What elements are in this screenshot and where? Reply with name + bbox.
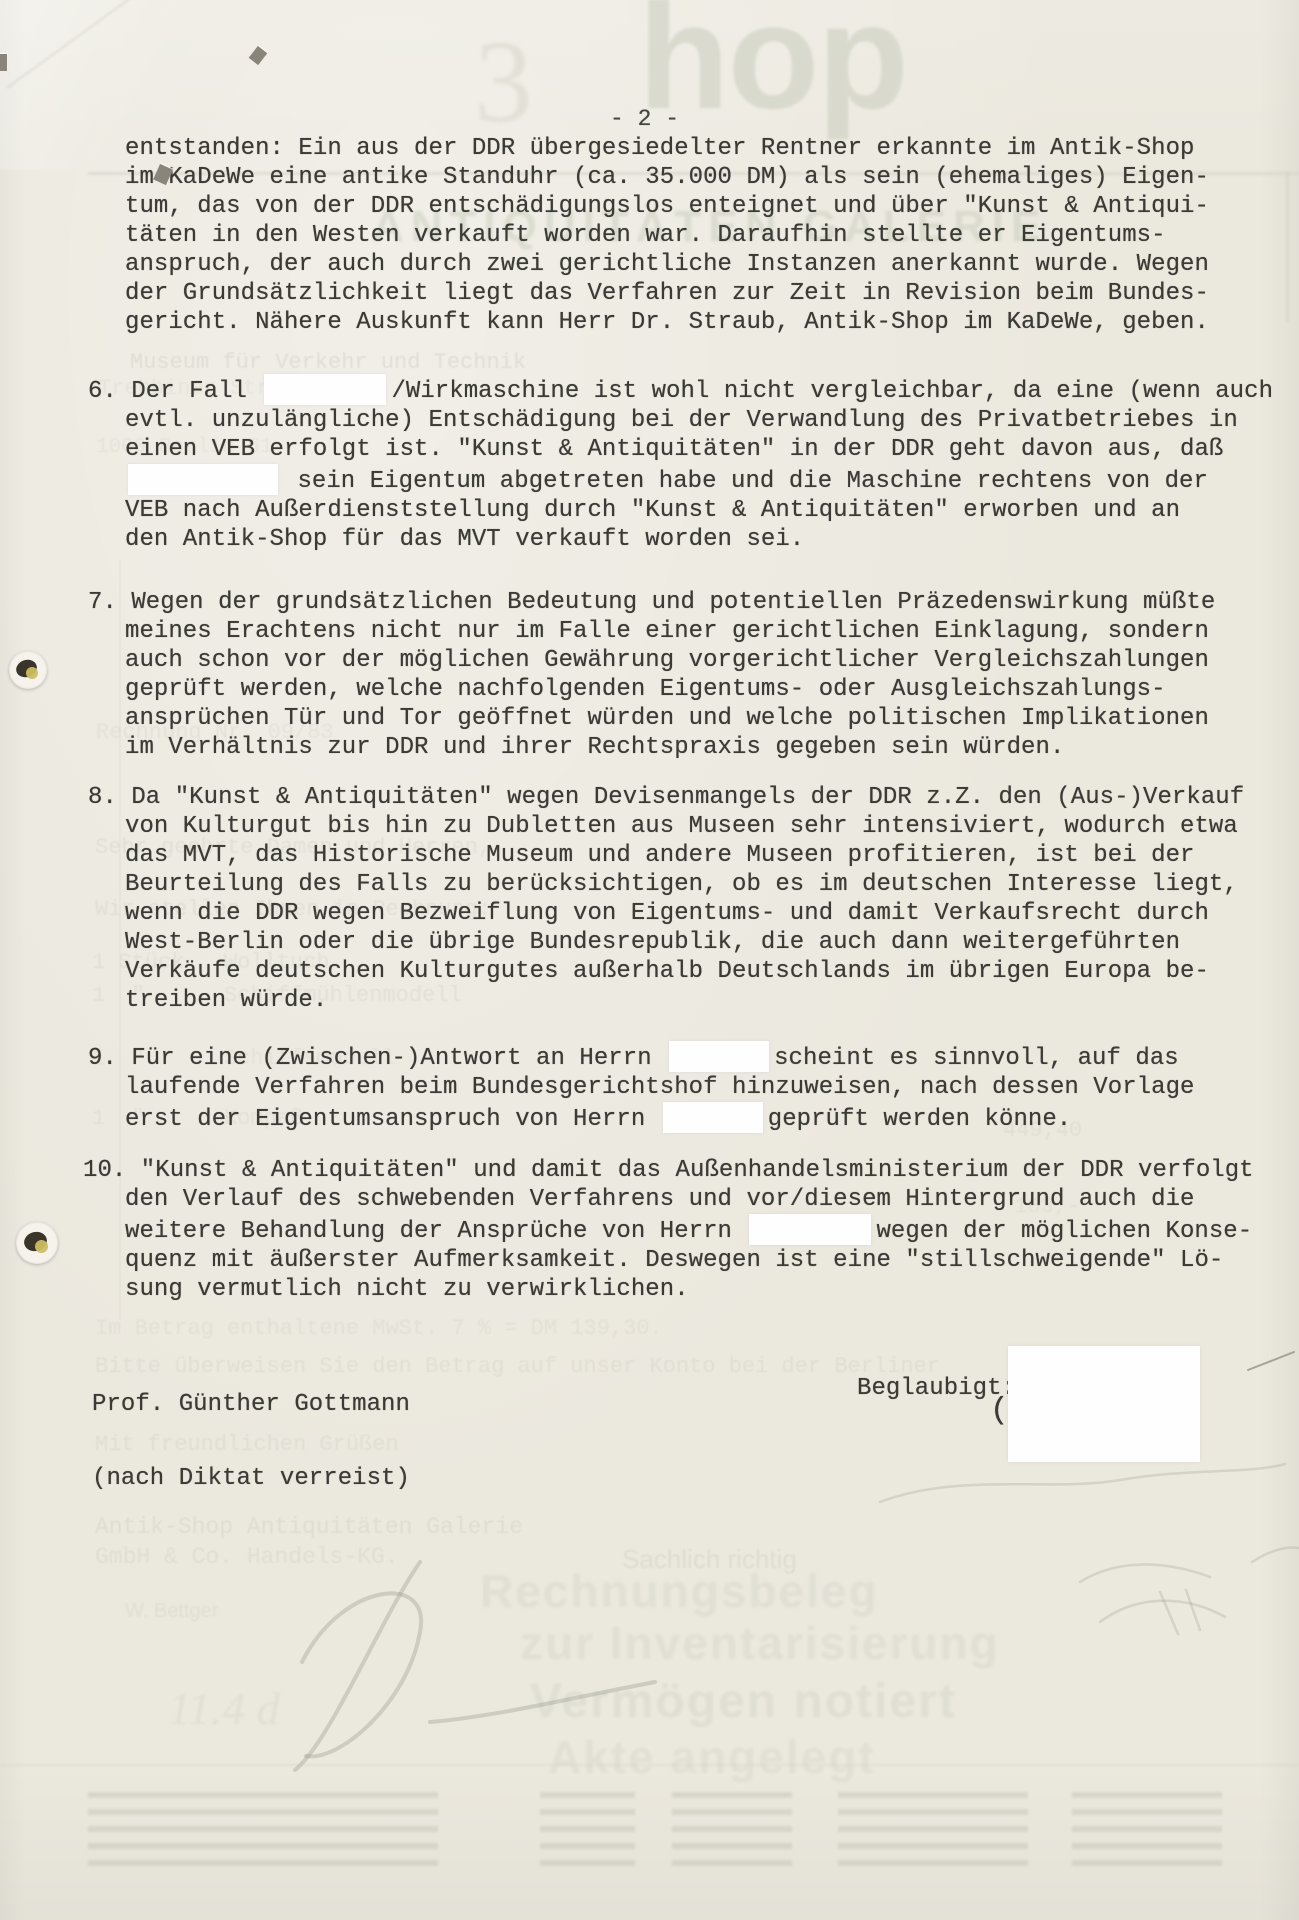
list-item-10: 10. "Kunst & Antiquitäten" und damit das… bbox=[83, 1156, 1254, 1304]
typed-text: 6. Der Fall bbox=[88, 378, 261, 405]
typed-text: täten in den Westen verkauft worden war.… bbox=[125, 222, 1166, 249]
typed-text: anspruch, der auch durch zwei gerichtlic… bbox=[125, 251, 1209, 278]
typed-text: den Antik-Shop für das MVT verkauft word… bbox=[125, 526, 804, 553]
ghost-stamp: Vermögen notiert bbox=[530, 1674, 957, 1729]
page-number: - 2 - bbox=[610, 106, 679, 132]
ghost-numeral-3: 3 bbox=[474, 14, 533, 150]
list-item-7: 7. Wegen der grundsätzlichen Bedeutung u… bbox=[88, 588, 1215, 762]
ghost-line: Bitte überweisen Sie den Betrag auf unse… bbox=[95, 1354, 940, 1379]
redaction-box bbox=[749, 1214, 871, 1245]
typed-text: im KaDeWe eine antike Standuhr (ca. 35.0… bbox=[125, 164, 1209, 191]
redaction-box bbox=[669, 1041, 769, 1072]
typed-text: West-Berlin oder die übrige Bundesrepubl… bbox=[125, 929, 1180, 956]
typed-text: ansprüchen Tür und Tor geöffnet würden u… bbox=[125, 705, 1209, 732]
ghost-footer-column bbox=[672, 1792, 792, 1874]
typed-text: einen VEB erfolgt ist. "Kunst & Antiquit… bbox=[125, 436, 1223, 463]
typed-text: entstanden: Ein aus der DDR übergesiedel… bbox=[125, 135, 1194, 162]
typed-text: evtl. unzulängliche) Entschädigung bei d… bbox=[125, 407, 1238, 434]
typed-text: wenn die DDR wegen Bezweiflung von Eigen… bbox=[125, 900, 1209, 927]
hole-punch bbox=[16, 1222, 58, 1264]
typed-text: laufende Verfahren beim Bundesgerichtsho… bbox=[125, 1074, 1194, 1101]
ghost-footer-column bbox=[88, 1792, 438, 1874]
ghost-line: Antik-Shop Antiquitäten Galerie bbox=[95, 1514, 523, 1540]
typed-text: 9. Für eine (Zwischen-)Antwort an Herrn bbox=[88, 1045, 666, 1072]
typed-text: quenz mit äußerster Aufmerksamkeit. Desw… bbox=[125, 1247, 1223, 1274]
typed-text: das MVT, das Historische Museum und ande… bbox=[125, 842, 1194, 869]
ghost-stamp: Rechnungsbeleg bbox=[480, 1564, 879, 1618]
typed-text: geprüft werden, welche nachfolgenden Eig… bbox=[125, 676, 1166, 703]
typed-text: sein Eigentum abgetreten habe und die Ma… bbox=[283, 468, 1208, 495]
ghost-footer-column bbox=[540, 1792, 635, 1874]
list-item-8: 8. Da "Kunst & Antiquitäten" wegen Devis… bbox=[88, 783, 1244, 1015]
ghost-line: GmbH & Co. Handels-KG. bbox=[95, 1544, 399, 1570]
typed-text: VEB nach Außerdienststellung durch "Kuns… bbox=[125, 497, 1180, 524]
redaction-box-signature bbox=[1008, 1346, 1200, 1462]
typed-text: tum, das von der DDR entschädigungslos e… bbox=[125, 193, 1209, 220]
ghost-footer-column bbox=[838, 1792, 1028, 1874]
ghost-rule-right bbox=[1286, 172, 1289, 322]
typed-text: sung vermutlich nicht zu verwirklichen. bbox=[125, 1276, 689, 1303]
typed-text: geprüft werden könne. bbox=[768, 1106, 1072, 1133]
ghost-stamp: zur Inventarisierung bbox=[520, 1616, 1000, 1670]
list-item-9: 9. Für eine (Zwischen-)Antwort an Herrn … bbox=[88, 1041, 1194, 1134]
typed-text: 7. Wegen der grundsätzlichen Bedeutung u… bbox=[88, 589, 1215, 616]
typed-text: /Wirkmaschine ist wohl nicht vergleichba… bbox=[391, 378, 1273, 405]
list-item-6: 6. Der Fall /Wirkmaschine ist wohl nicht… bbox=[88, 374, 1273, 554]
ghost-stamp: Akte angelegt bbox=[548, 1730, 876, 1784]
typed-text: meines Erachtens nicht nur im Falle eine… bbox=[125, 618, 1209, 645]
ghost-line: Mit freundlichen Grüßen bbox=[95, 1432, 399, 1457]
edge-nick bbox=[0, 54, 7, 71]
typed-text: erst der Eigentumsanspruch von Herrn bbox=[125, 1106, 660, 1133]
redaction-box bbox=[128, 464, 278, 495]
redaction-box bbox=[663, 1102, 763, 1133]
ghost-line: Museum für Verkehr und Technik bbox=[130, 350, 526, 375]
typed-text: Verkäufe deutschen Kulturgutes außerhalb… bbox=[125, 958, 1209, 985]
ghost-footer-column bbox=[1072, 1792, 1222, 1874]
typed-text: 10. "Kunst & Antiquitäten" und damit das… bbox=[83, 1157, 1254, 1184]
typed-text: weitere Behandlung der Ansprüche von Her… bbox=[125, 1218, 746, 1245]
typed-text: der Grundsätzlichkeit liegt das Verfahre… bbox=[125, 280, 1209, 307]
typed-text: im Verhältnis zur DDR und ihrer Rechtspr… bbox=[125, 734, 1064, 761]
typed-text: auch schon vor der möglichen Gewährung v… bbox=[125, 647, 1209, 674]
signature-name: Prof. Günther Gottmann bbox=[92, 1390, 410, 1419]
typed-text: von Kulturgut bis hin zu Dubletten aus M… bbox=[125, 813, 1238, 840]
signature-note: (nach Diktat verreist) bbox=[92, 1464, 410, 1493]
ghost-pencil-note: 11.4 d bbox=[168, 1682, 280, 1735]
typed-text: gericht. Nähere Auskunft kann Herr Dr. S… bbox=[125, 309, 1209, 336]
redaction-box bbox=[264, 374, 386, 405]
typed-text: scheint es sinnvoll, auf das bbox=[774, 1045, 1179, 1072]
typed-text: Beurteilung des Falls zu berücksichtigen… bbox=[125, 871, 1238, 898]
paragraph-continuation: entstanden: Ein aus der DDR übergesiedel… bbox=[125, 134, 1209, 337]
ghost-line: W. Bettger bbox=[125, 1600, 218, 1623]
typed-text: den Verlauf des schwebenden Verfahrens u… bbox=[125, 1186, 1194, 1213]
typed-text: treiben würde. bbox=[125, 987, 327, 1014]
typed-parenthesis: ( bbox=[990, 1396, 1009, 1425]
typed-text: 8. Da "Kunst & Antiquitäten" wegen Devis… bbox=[88, 784, 1244, 811]
typed-text: wegen der möglichen Konse- bbox=[876, 1218, 1252, 1245]
ghost-line: Im Betrag enthaltene MwSt. 7 % = DM 139,… bbox=[95, 1316, 663, 1341]
scanned-document-page: 3hopANTIQUITÄTEN GALERIEMuseum für Verke… bbox=[0, 0, 1299, 1920]
hole-punch bbox=[9, 651, 47, 689]
